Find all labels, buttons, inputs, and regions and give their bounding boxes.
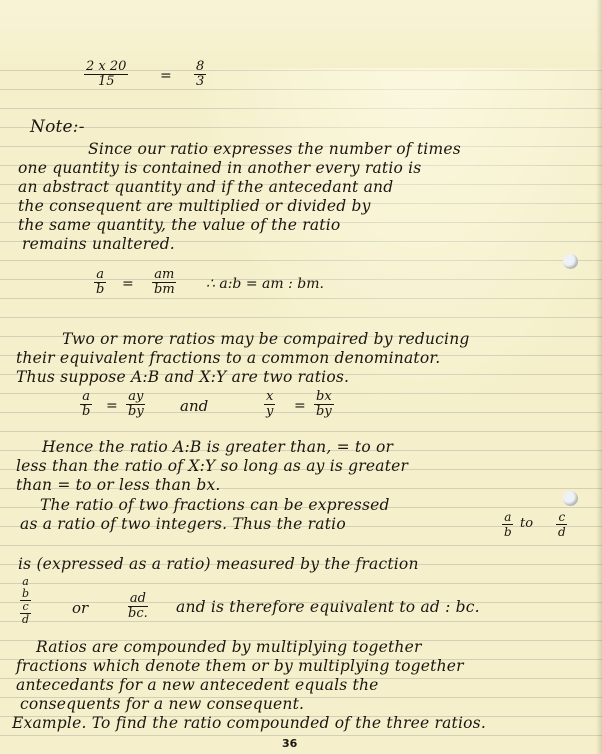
eq3-f3-numerator: x bbox=[264, 390, 275, 405]
inline-fraction-c-d: c d bbox=[556, 510, 568, 539]
text-line-18: antecedants for a new antecedent equals … bbox=[16, 676, 379, 695]
text-line-14: as a ratio of two integers. Thus the rat… bbox=[20, 515, 346, 534]
binder-hole-lower bbox=[563, 491, 578, 506]
eq2-rhs-denominator: bm bbox=[152, 283, 177, 297]
page-top-margin bbox=[0, 0, 602, 68]
eq1-rhs-numerator: 8 bbox=[194, 60, 206, 75]
text-line-9: Thus suppose A:B and X:Y are two ratios. bbox=[16, 368, 349, 387]
text-line-12: than = to or less than bx. bbox=[16, 476, 221, 495]
text-line-7: Two or more ratios may be compaired by r… bbox=[62, 330, 470, 349]
text-line-16: Ratios are compounded by multiplying tog… bbox=[36, 638, 422, 657]
eq3-f1-numerator: a bbox=[80, 390, 92, 405]
text-line-17: fractions which denote them or by multip… bbox=[16, 657, 464, 676]
text-line-4: the consequent are multiplied or divided… bbox=[18, 197, 371, 216]
inline-c-numerator: c bbox=[556, 510, 567, 525]
text-line-10: Hence the ratio A:B is greater than, = t… bbox=[42, 438, 393, 457]
page-edge-shadow bbox=[596, 0, 602, 754]
eq2-lhs-numerator: a bbox=[94, 268, 106, 283]
eq4-fraction-ad-bc: ad bc. bbox=[126, 592, 150, 621]
binder-hole-upper bbox=[563, 254, 578, 269]
eq4-numerator: ad bbox=[128, 592, 148, 607]
eq4-complex-fraction: a b c d bbox=[20, 576, 31, 626]
text-line-3: an abstract quantity and if the anteceda… bbox=[18, 178, 393, 197]
text-line-5: the same quantity, the value of the rati… bbox=[18, 216, 340, 235]
eq3-fraction-a-b: a b bbox=[80, 390, 92, 419]
page-number: 36 bbox=[282, 737, 297, 750]
notebook-page: 2 x 20 15 = 8 3 Note:- Since our ratio e… bbox=[0, 0, 602, 754]
eq4-denominator: bc. bbox=[126, 607, 150, 621]
eq3-f3-denominator: y bbox=[264, 405, 275, 419]
text-line-6: remains unaltered. bbox=[22, 235, 175, 254]
eq1-rhs-fraction: 8 3 bbox=[194, 60, 206, 89]
eq4-tail: and is therefore equivalent to ad : bc. bbox=[176, 598, 480, 617]
text-line-19: consequents for a new consequent. bbox=[20, 695, 304, 714]
eq2-rhs-fraction: am bm bbox=[152, 268, 177, 297]
text-line-1: Since our ratio expresses the number of … bbox=[88, 140, 461, 159]
eq3-f2-numerator: ay bbox=[126, 390, 145, 405]
eq3-fraction-x-y: x y bbox=[264, 390, 275, 419]
eq3-equals-1: = bbox=[106, 398, 118, 414]
eq3-fraction-bx-by: bx by bbox=[314, 390, 334, 419]
eq1-equals: = bbox=[160, 68, 172, 84]
eq2-equals: = bbox=[122, 276, 134, 292]
eq3-f2-denominator: by bbox=[126, 405, 146, 419]
text-line-2: one quantity is contained in another eve… bbox=[18, 159, 421, 178]
text-line-11: less than the ratio of X:Y so long as ay… bbox=[16, 457, 408, 476]
inline-c-denominator: d bbox=[556, 525, 568, 539]
eq3-f1-denominator: b bbox=[80, 405, 92, 419]
eq4-bottom-den: d bbox=[20, 614, 31, 626]
eq1-numerator: 2 x 20 bbox=[84, 60, 128, 75]
inline-to: to bbox=[520, 516, 533, 532]
text-line-20: Example. To find the ratio compounded of… bbox=[12, 714, 486, 733]
inline-fraction-a-b: a b bbox=[502, 510, 514, 539]
eq3-equals-2: = bbox=[294, 398, 306, 414]
eq1-rhs-denominator: 3 bbox=[194, 75, 206, 89]
eq2-lhs-fraction: a b bbox=[94, 268, 106, 297]
eq2-rhs-numerator: am bbox=[152, 268, 176, 283]
eq3-and: and bbox=[180, 398, 208, 414]
note-heading: Note:- bbox=[30, 118, 85, 137]
inline-a-numerator: a bbox=[502, 510, 513, 525]
eq4-or: or bbox=[72, 600, 88, 616]
eq1-denominator: 15 bbox=[96, 75, 117, 89]
inline-a-denominator: b bbox=[502, 525, 514, 539]
text-line-13: The ratio of two fractions can be expres… bbox=[40, 496, 390, 515]
eq2-tail: ∴ a:b = am : bm. bbox=[206, 276, 324, 292]
eq3-f4-numerator: bx bbox=[314, 390, 334, 405]
text-line-8: their equivalent fractions to a common d… bbox=[16, 349, 440, 368]
eq2-lhs-denominator: b bbox=[94, 283, 106, 297]
eq1-lhs-fraction: 2 x 20 15 bbox=[84, 60, 128, 89]
eq3-fraction-ay-by: ay by bbox=[126, 390, 146, 419]
eq3-f4-denominator: by bbox=[314, 405, 334, 419]
text-line-15: is (expressed as a ratio) measured by th… bbox=[18, 555, 419, 574]
